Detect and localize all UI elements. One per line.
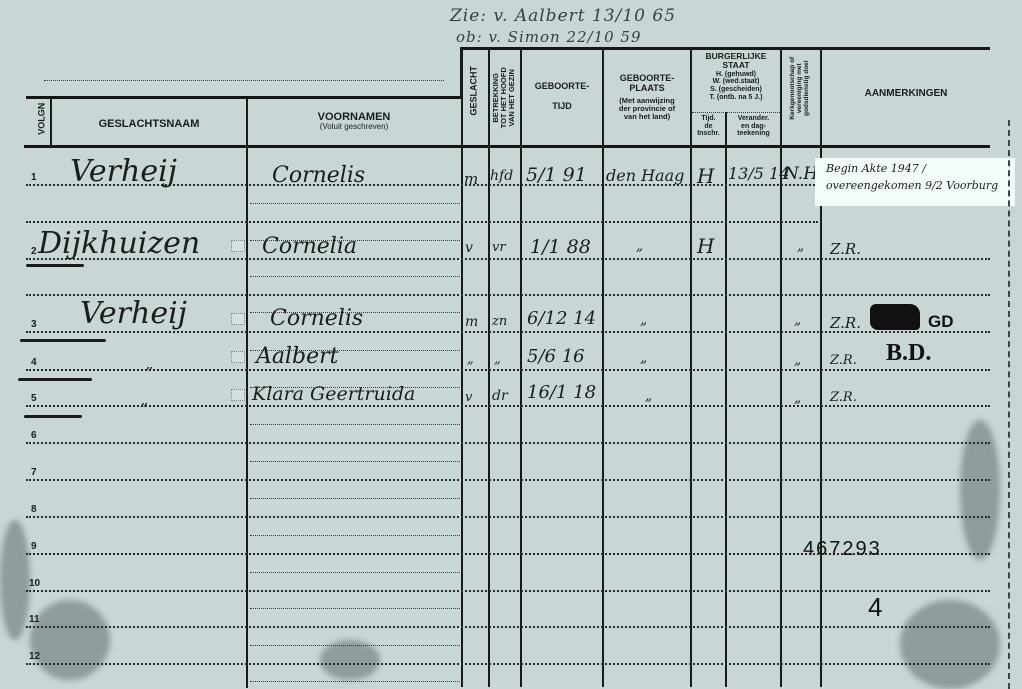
row-number: 3	[31, 319, 37, 330]
given-row-2: Cornelia	[262, 234, 357, 259]
checkbox-mark	[231, 351, 245, 363]
sex-row-5: v	[465, 390, 472, 405]
stain	[900, 600, 1000, 689]
checkbox-mark	[231, 389, 245, 401]
handwritten-mark: 4	[868, 592, 882, 623]
header-verander-l1: Verander.	[727, 115, 780, 123]
row-number: 6	[31, 430, 37, 441]
row-number: 10	[29, 578, 40, 589]
relation-row-3: zn	[492, 314, 507, 329]
birthdate-row-5: 16/1 18	[527, 382, 596, 403]
church-row-3: „	[794, 312, 801, 328]
given-subline	[250, 681, 460, 682]
surname-row-2: Dijkhuizen	[38, 226, 200, 261]
row-line-6	[26, 442, 990, 444]
row-line-10	[26, 590, 990, 592]
given-subline	[250, 608, 460, 609]
top-annotation-2: ob: v. Simon 22/10 59	[456, 28, 642, 46]
birthdate-row-1: 5/1 91	[526, 164, 587, 186]
header-bottom-border	[24, 145, 990, 148]
header-burgerlijke-staat: BURGERLIJKE STAAT H. (gehuwd) W. (wed.st…	[692, 52, 780, 101]
header-aanmerkingen: AANMERKINGEN	[822, 88, 990, 99]
checkbox-mark	[231, 313, 245, 325]
row-underline	[24, 415, 82, 418]
header-voornamen-sub: (Voluit geschreven)	[248, 123, 460, 132]
stain	[30, 600, 110, 680]
church-row-2: „	[797, 238, 804, 254]
header-kerkgenootschap: Kerkgenootschap of vereeniging met godsd…	[790, 42, 810, 134]
header-geslacht: GESLACHT	[469, 53, 478, 129]
header-betrekking-l3: VAN HET GEZIN	[508, 58, 516, 138]
header-burgerlijke-s: S. (gescheiden)	[692, 86, 780, 94]
header-burgerlijke-t: T. (ontb. na 5 J.)	[692, 94, 780, 102]
stain	[320, 640, 380, 680]
church-row-4: „	[794, 352, 801, 368]
row-line-12	[26, 663, 990, 665]
sex-row-2: v	[465, 240, 473, 256]
sex-row-4: „	[467, 352, 474, 367]
birthplace-row-4: „	[640, 350, 647, 366]
given-row-5: Klara Geertruida	[252, 383, 415, 405]
row-number: 5	[31, 393, 37, 404]
given-subline	[250, 203, 460, 204]
sex-row-3: m	[465, 314, 478, 330]
birthplace-row-5: „	[645, 388, 652, 404]
header-tijd-inschr: Tijd. de Inschr.	[692, 115, 725, 138]
header-tijd-l2: de	[692, 123, 725, 131]
card-right-edge	[1008, 120, 1010, 689]
header-geboorteplaats-sub3: van het land)	[604, 113, 690, 121]
remarks-row-5: Z.R.	[830, 390, 857, 405]
header-verander-l2: en dag-	[727, 123, 780, 131]
col-divider-surname	[246, 98, 248, 688]
row-line-7	[26, 479, 990, 481]
given-row-4: Aalbert	[256, 344, 339, 369]
checkbox-mark	[231, 240, 245, 252]
row-underline	[20, 339, 106, 342]
header-tijd-l1: Tijd.	[692, 115, 725, 123]
title-dotted-line	[44, 80, 444, 81]
header-burgerlijke-w: W. (wed.staat)	[692, 78, 780, 86]
stain	[0, 520, 30, 640]
civil-subheader-line	[692, 112, 780, 113]
row-line-5	[26, 405, 990, 407]
given-subline	[250, 424, 460, 425]
header-verander: Verander. en dag- teekening	[727, 115, 780, 138]
given-subline	[250, 535, 460, 536]
surname-row-3: Verheij	[80, 296, 187, 331]
relation-row-5: dr	[492, 388, 508, 404]
header-betrekking: BETREKKING TOT HET HOOFD VAN HET GEZIN	[492, 58, 516, 138]
header-top-border-right	[460, 47, 990, 50]
header-burgerlijke-l2: STAAT	[692, 61, 780, 70]
relation-row-4: „	[494, 352, 501, 367]
surname-row-1: Verheij	[70, 154, 177, 189]
surname-row-5: „	[140, 390, 148, 409]
birthdate-row-2: 1/1 88	[530, 236, 591, 258]
relation-row-2: vr	[492, 240, 506, 255]
header-top-border-left	[26, 96, 460, 99]
header-geboorteplaats: GEBOORTE- PLAATS (Met aanwijzing der pro…	[604, 74, 690, 122]
header-geboortetijd-l1: GEBOORTE-	[522, 82, 602, 92]
row-number: 8	[31, 504, 37, 515]
civil-row-2: H	[697, 234, 714, 258]
header-burgerlijke-h: H. (gehuwd)	[692, 71, 780, 79]
row-number: 4	[31, 357, 37, 368]
top-annotation-1: Zie: v. Aalbert 13/10 65	[450, 6, 676, 26]
row-number: 2	[31, 246, 37, 257]
stamp-gd: GD	[928, 312, 954, 332]
card-number-stamp: 467293	[803, 538, 882, 561]
header-geslachtsnaam: GESLACHTSNAAM	[52, 118, 246, 130]
church-row-5: „	[794, 390, 801, 406]
row-line-8	[26, 516, 990, 518]
row-number: 1	[31, 172, 37, 183]
header-kerk-l3: godsdienstig doel	[803, 42, 810, 134]
civil-row-1: H	[697, 164, 714, 188]
birthplace-row-2: „	[636, 238, 643, 254]
given-subline	[250, 498, 460, 499]
header-verander-l3: teekening	[727, 130, 780, 138]
row-underline	[26, 264, 84, 267]
col-divider-tijd	[725, 112, 727, 687]
remarks-row-1: Begin Akte 1947 / overeengekomen 9/2 Voo…	[826, 160, 1012, 194]
row-number: 9	[31, 541, 37, 552]
birthplace-row-3: „	[640, 312, 647, 328]
stain	[960, 420, 1000, 560]
remarks-row-2: Z.R.	[830, 240, 861, 258]
header-geboortetijd: GEBOORTE- TIJD	[522, 82, 602, 112]
sex-row-1: m	[464, 170, 478, 188]
civildate-row-1: 13/5 14	[728, 164, 789, 183]
row-underline	[18, 378, 92, 381]
header-geboorteplaats-l2: PLAATS	[604, 84, 690, 94]
row-line-4	[26, 369, 990, 371]
header-volgn: VOLGN	[37, 89, 46, 149]
given-subline	[250, 276, 460, 277]
stamp-bd: B.D.	[886, 340, 931, 367]
given-subline	[250, 572, 460, 573]
register-card: Zie: v. Aalbert 13/10 65 ob: v. Simon 22…	[0, 0, 1022, 689]
row-number: 7	[31, 467, 37, 478]
relation-row-1: hfd	[490, 168, 513, 184]
redaction-blot	[870, 304, 920, 330]
row-line-11	[26, 626, 990, 628]
birthdate-row-4: 5/6 16	[527, 346, 585, 367]
remarks-row-3: Z.R.	[830, 314, 861, 332]
birthdate-row-3: 6/12 14	[527, 308, 596, 329]
remarks-row-4: Z.R.	[830, 353, 857, 368]
given-row-1: Cornelis	[272, 163, 365, 188]
given-subline	[250, 461, 460, 462]
row-line-1b	[26, 221, 818, 223]
given-row-3: Cornelis	[270, 306, 363, 331]
header-tijd-l3: Inschr.	[692, 130, 725, 138]
header-geboortetijd-l2: TIJD	[522, 102, 602, 112]
header-voornamen: VOORNAMEN (Voluit geschreven)	[248, 111, 460, 132]
surname-row-4: „	[145, 354, 153, 373]
birthplace-row-1: den Haag	[606, 166, 684, 185]
